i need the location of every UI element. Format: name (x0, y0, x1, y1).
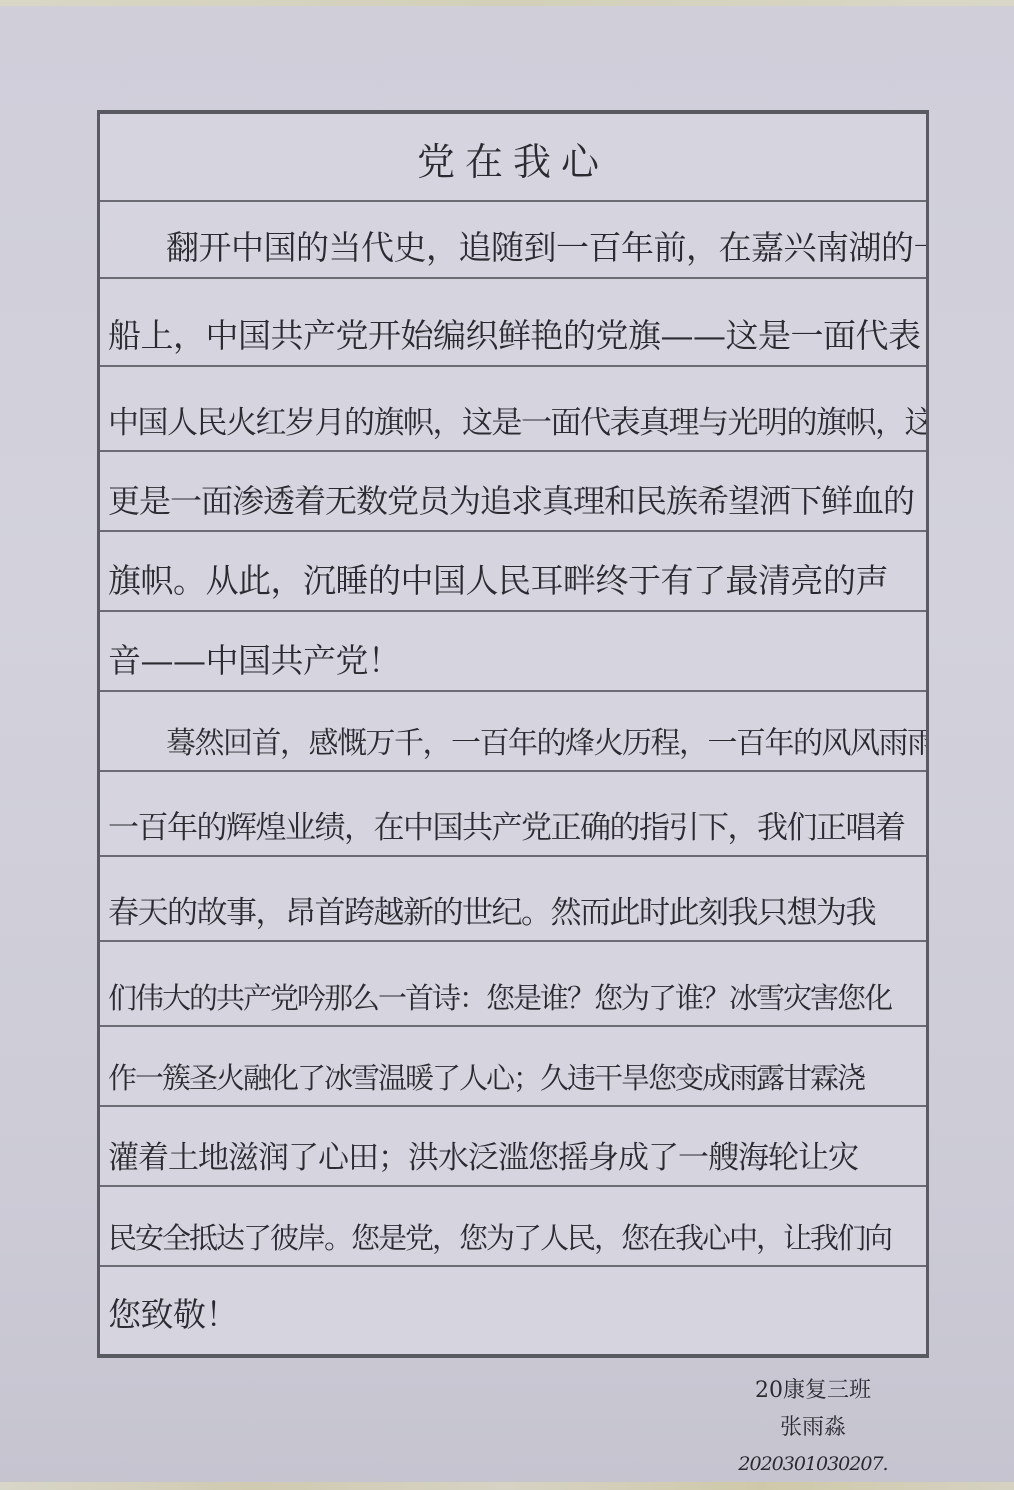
signature-student-id: 2020301030207. (728, 1446, 898, 1483)
essay-line: 您致敬！ (100, 1267, 926, 1354)
essay-line: 翻开中国的当代史，追随到一百年前，在嘉兴南湖的一艘 (100, 202, 926, 279)
essay-line: 蓦然回首，感慨万千，一百年的烽火历程，一百年的风风雨雨， (100, 692, 926, 772)
essay-line-text: 中国人民火红岁月的旗帜，这是一面代表真理与光明的旗帜，这 (108, 397, 926, 442)
signature-class: 20康复三班 (728, 1372, 898, 1409)
essay-line: 作一簇圣火融化了冰雪温暖了人心；久违干旱您变成雨露甘霖浇 (100, 1027, 926, 1107)
essay-line: 灌着土地滋润了心田；洪水泛滥您摇身成了一艘海轮让灾 (100, 1107, 926, 1187)
essay-line: 民安全抵达了彼岸。您是党，您为了人民，您在我心中，让我们向 (100, 1187, 926, 1267)
bottom-edge (0, 1482, 1014, 1490)
essay-line-text: 翻开中国的当代史，追随到一百年前，在嘉兴南湖的一艘 (166, 222, 926, 269)
essay-line-text: 音——中国共产党！ (108, 635, 401, 682)
essay-line-text: 们伟大的共产党吟那么一首诗：您是谁？您为了谁？冰雪灾害您化 (108, 976, 891, 1017)
essay-line: 春天的故事，昂首跨越新的世纪。然而此时此刻我只想为我 (100, 857, 926, 942)
essay-title: 党在我心 (417, 131, 609, 186)
essay-line-text: 蓦然回首，感慨万千，一百年的烽火历程，一百年的风风雨雨， (166, 718, 926, 762)
essay-line-text: 春天的故事，昂首跨越新的世纪。然而此时此刻我只想为我 (108, 887, 875, 932)
essay-line-text: 船上，中国共产党开始编织鲜艳的党旗——这是一面代表 (108, 310, 921, 357)
essay-line: 们伟大的共产党吟那么一首诗：您是谁？您为了谁？冰雪灾害您化 (100, 942, 926, 1027)
signature-name: 张雨淼 (728, 1409, 898, 1446)
essay-line: 更是一面渗透着无数党员为追求真理和民族希望洒下鲜血的 (100, 452, 926, 532)
top-edge (0, 0, 1014, 6)
essay-line-text: 更是一面渗透着无数党员为追求真理和民族希望洒下鲜血的 (108, 476, 914, 522)
signature-block: 20康复三班 张雨淼 2020301030207. (728, 1372, 898, 1483)
essay-line-text: 灌着土地滋润了心田；洪水泛滥您摇身成了一艘海轮让灾 (108, 1132, 858, 1177)
essay-line-text: 一百年的辉煌业绩，在中国共产党正确的指引下，我们正唱着 (108, 802, 905, 847)
essay-line: 音——中国共产党！ (100, 612, 926, 692)
essay-line: 旗帜。从此，沉睡的中国人民耳畔终于有了最清亮的声 (100, 532, 926, 612)
essay-title-row: 党在我心 (100, 114, 926, 202)
essay-line: 中国人民火红岁月的旗帜，这是一面代表真理与光明的旗帜，这 (100, 367, 926, 452)
essay-frame: 党在我心 翻开中国的当代史，追随到一百年前，在嘉兴南湖的一艘 船上，中国共产党开… (97, 110, 929, 1358)
essay-line: 一百年的辉煌业绩，在中国共产党正确的指引下，我们正唱着 (100, 772, 926, 857)
essay-line-text: 您致敬！ (108, 1289, 238, 1336)
essay-line-text: 民安全抵达了彼岸。您是党，您为了人民，您在我心中，让我们向 (108, 1216, 891, 1257)
essay-line: 船上，中国共产党开始编织鲜艳的党旗——这是一面代表 (100, 279, 926, 367)
essay-line-text: 旗帜。从此，沉睡的中国人民耳畔终于有了最清亮的声 (108, 555, 888, 602)
essay-line-text: 作一簇圣火融化了冰雪温暖了人心；久违干旱您变成雨露甘霖浇 (108, 1056, 864, 1097)
